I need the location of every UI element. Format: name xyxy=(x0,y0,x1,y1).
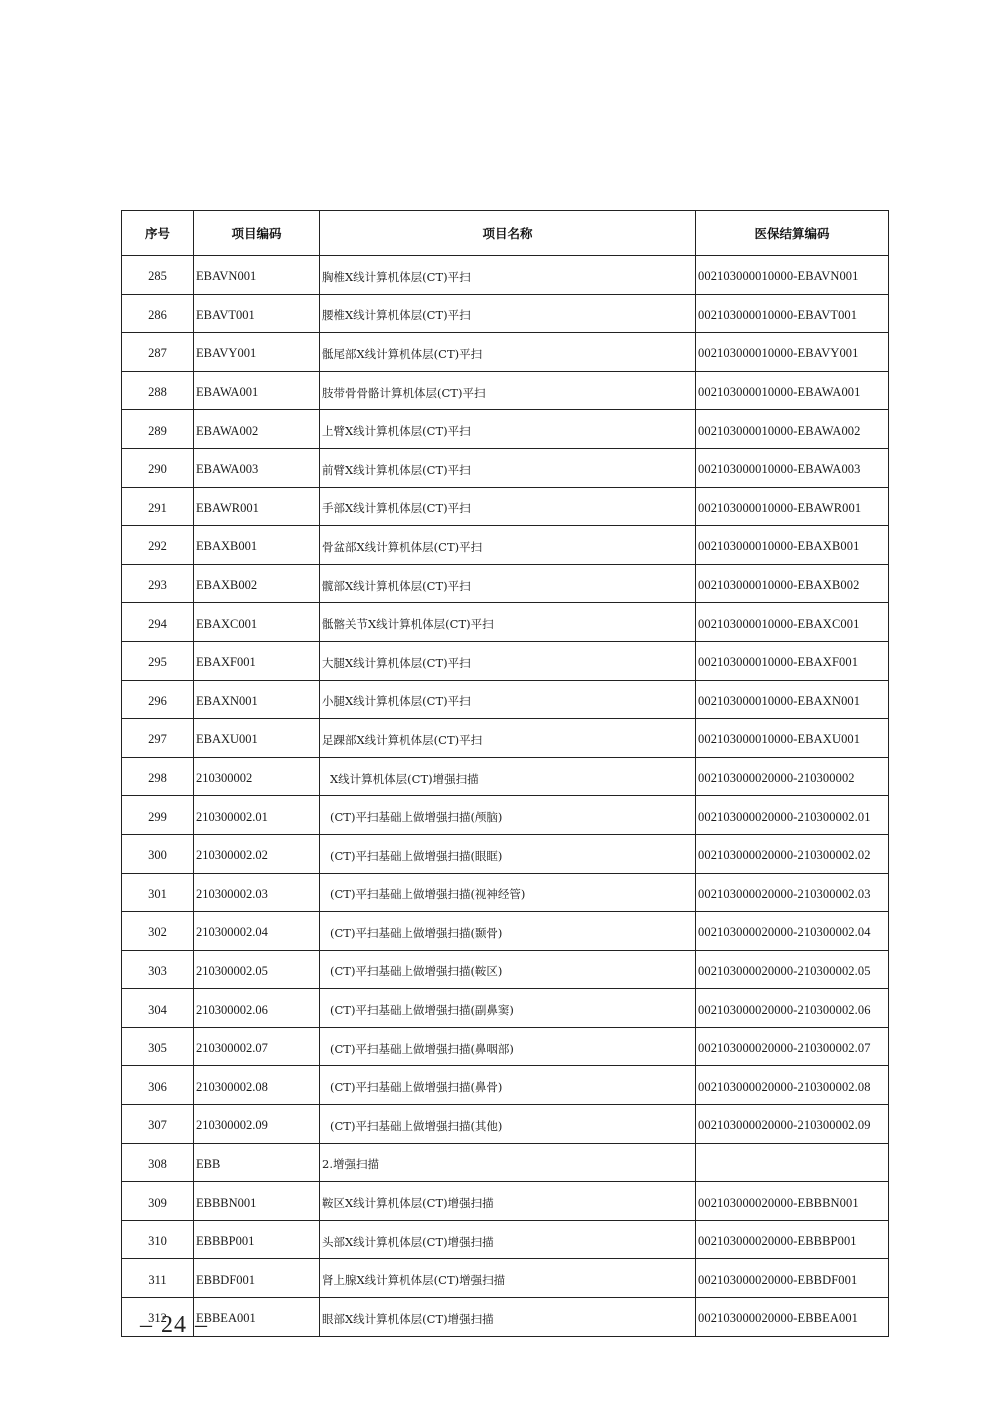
cell-item-code: EBAXN001 xyxy=(194,680,320,719)
table-row: 299210300002.01(CT)平扫基础上做增强扫描(颅脑)0021030… xyxy=(122,796,889,835)
cell-item-name: (CT)平扫基础上做增强扫描(鼻咽部) xyxy=(320,1027,696,1066)
cell-item-name: 骶尾部X线计算机体层(CT)平扫 xyxy=(320,333,696,372)
cell-settlement-code: 002103000020000-210300002.03 xyxy=(696,873,889,912)
table-body: 285EBAVN001胸椎X线计算机体层(CT)平扫00210300001000… xyxy=(122,256,889,1337)
table-row: 312EBBEA001眼部X线计算机体层(CT)增强扫描002103000020… xyxy=(122,1298,889,1337)
cell-settlement-code: 002103000010000-EBAVN001 xyxy=(696,256,889,295)
cell-settlement-code: 002103000010000-EBAXC001 xyxy=(696,603,889,642)
table-row: 303210300002.05(CT)平扫基础上做增强扫描(鞍区)0021030… xyxy=(122,950,889,989)
cell-item-code: EBAVT001 xyxy=(194,294,320,333)
cell-item-name: 肾上腺X线计算机体层(CT)增强扫描 xyxy=(320,1259,696,1298)
page-number: –24– xyxy=(132,1312,216,1339)
table-row: 290EBAWA003前臂X线计算机体层(CT)平扫00210300001000… xyxy=(122,448,889,487)
table-row: 297EBAXU001足踝部X线计算机体层(CT)平扫0021030000100… xyxy=(122,719,889,758)
cell-item-name: 手部X线计算机体层(CT)平扫 xyxy=(320,487,696,526)
cell-item-name: 骶髂关节X线计算机体层(CT)平扫 xyxy=(320,603,696,642)
cell-seq: 291 xyxy=(122,487,194,526)
page-number-dash-right: – xyxy=(195,1312,208,1338)
cell-item-name: 肢带骨骨骼计算机体层(CT)平扫 xyxy=(320,371,696,410)
cell-item-name: 2.增强扫描 xyxy=(320,1143,696,1182)
cell-item-name: 前臂X线计算机体层(CT)平扫 xyxy=(320,448,696,487)
cell-settlement-code: 002103000020000-210300002.02 xyxy=(696,834,889,873)
table-row: 286EBAVT001腰椎X线计算机体层(CT)平扫00210300001000… xyxy=(122,294,889,333)
header-seq: 序号 xyxy=(122,211,194,256)
cell-seq: 295 xyxy=(122,641,194,680)
cell-seq: 300 xyxy=(122,834,194,873)
table-row: 300210300002.02(CT)平扫基础上做增强扫描(眼眶)0021030… xyxy=(122,834,889,873)
cell-item-code: EBAVY001 xyxy=(194,333,320,372)
cell-item-name: 头部X线计算机体层(CT)增强扫描 xyxy=(320,1220,696,1259)
table-row: 291EBAWR001手部X线计算机体层(CT)平扫00210300001000… xyxy=(122,487,889,526)
cell-seq: 285 xyxy=(122,256,194,295)
cell-item-code: EBB xyxy=(194,1143,320,1182)
table-row: 293EBAXB002髋部X线计算机体层(CT)平扫00210300001000… xyxy=(122,564,889,603)
cell-seq: 301 xyxy=(122,873,194,912)
cell-item-code: 210300002.09 xyxy=(194,1105,320,1144)
cell-settlement-code: 002103000010000-EBAVT001 xyxy=(696,294,889,333)
cell-seq: 302 xyxy=(122,912,194,951)
cell-item-name: 小腿X线计算机体层(CT)平扫 xyxy=(320,680,696,719)
cell-item-name: 上臂X线计算机体层(CT)平扫 xyxy=(320,410,696,449)
cell-seq: 299 xyxy=(122,796,194,835)
cell-settlement-code: 002103000010000-EBAXB001 xyxy=(696,526,889,565)
cell-item-code: EBAWA002 xyxy=(194,410,320,449)
cell-item-code: 210300002.01 xyxy=(194,796,320,835)
cell-item-name: (CT)平扫基础上做增强扫描(其他) xyxy=(320,1105,696,1144)
cell-settlement-code: 002103000010000-EBAXN001 xyxy=(696,680,889,719)
cell-item-name: X线计算机体层(CT)增强扫描 xyxy=(320,757,696,796)
cell-settlement-code: 002103000020000-210300002.06 xyxy=(696,989,889,1028)
cell-item-name: 骨盆部X线计算机体层(CT)平扫 xyxy=(320,526,696,565)
cell-settlement-code: 002103000010000-EBAVY001 xyxy=(696,333,889,372)
cell-seq: 304 xyxy=(122,989,194,1028)
cell-settlement-code: 002103000020000-210300002.09 xyxy=(696,1105,889,1144)
cell-settlement-code: 002103000020000-EBBBN001 xyxy=(696,1182,889,1221)
cell-settlement-code: 002103000020000-210300002.04 xyxy=(696,912,889,951)
cell-settlement-code: 002103000010000-EBAWA002 xyxy=(696,410,889,449)
cell-settlement-code: 002103000020000-210300002.08 xyxy=(696,1066,889,1105)
cell-settlement-code xyxy=(696,1143,889,1182)
header-item-code: 项目编码 xyxy=(194,211,320,256)
cell-seq: 289 xyxy=(122,410,194,449)
cell-item-name: (CT)平扫基础上做增强扫描(颞骨) xyxy=(320,912,696,951)
cell-settlement-code: 002103000020000-210300002.05 xyxy=(696,950,889,989)
page-number-value: 24 xyxy=(161,1312,187,1338)
cell-settlement-code: 002103000020000-210300002 xyxy=(696,757,889,796)
cell-seq: 296 xyxy=(122,680,194,719)
cell-item-code: 210300002.02 xyxy=(194,834,320,873)
table-row: 305210300002.07(CT)平扫基础上做增强扫描(鼻咽部)002103… xyxy=(122,1027,889,1066)
table-row: 308EBB2.增强扫描 xyxy=(122,1143,889,1182)
table-row: 306210300002.08(CT)平扫基础上做增强扫描(鼻骨)0021030… xyxy=(122,1066,889,1105)
table-row: 292EBAXB001骨盆部X线计算机体层(CT)平扫0021030000100… xyxy=(122,526,889,565)
cell-seq: 310 xyxy=(122,1220,194,1259)
cell-item-code: EBAXB001 xyxy=(194,526,320,565)
cell-settlement-code: 002103000010000-EBAXB002 xyxy=(696,564,889,603)
cell-item-code: EBBBP001 xyxy=(194,1220,320,1259)
cell-item-code: 210300002.06 xyxy=(194,989,320,1028)
cell-item-name: 眼部X线计算机体层(CT)增强扫描 xyxy=(320,1298,696,1337)
table-row: 287EBAVY001骶尾部X线计算机体层(CT)平扫0021030000100… xyxy=(122,333,889,372)
cell-settlement-code: 002103000010000-EBAXF001 xyxy=(696,641,889,680)
cell-item-name: (CT)平扫基础上做增强扫描(眼眶) xyxy=(320,834,696,873)
cell-settlement-code: 002103000020000-210300002.07 xyxy=(696,1027,889,1066)
cell-settlement-code: 002103000020000-EBBBP001 xyxy=(696,1220,889,1259)
cell-item-code: 210300002.08 xyxy=(194,1066,320,1105)
cell-settlement-code: 002103000020000-210300002.01 xyxy=(696,796,889,835)
cell-item-code: EBAWA001 xyxy=(194,371,320,410)
table-row: 304210300002.06(CT)平扫基础上做增强扫描(副鼻窦)002103… xyxy=(122,989,889,1028)
cell-seq: 292 xyxy=(122,526,194,565)
header-item-name: 项目名称 xyxy=(320,211,696,256)
page-number-dash-left: – xyxy=(140,1312,153,1338)
cell-seq: 303 xyxy=(122,950,194,989)
table-row: 294EBAXC001骶髂关节X线计算机体层(CT)平扫002103000010… xyxy=(122,603,889,642)
cell-item-code: 210300002.05 xyxy=(194,950,320,989)
cell-item-name: 足踝部X线计算机体层(CT)平扫 xyxy=(320,719,696,758)
cell-item-name: 腰椎X线计算机体层(CT)平扫 xyxy=(320,294,696,333)
document-page: 序号 项目编码 项目名称 医保结算编码 285EBAVN001胸椎X线计算机体层… xyxy=(0,0,1000,1414)
cell-seq: 307 xyxy=(122,1105,194,1144)
cell-item-name: 髋部X线计算机体层(CT)平扫 xyxy=(320,564,696,603)
cell-seq: 297 xyxy=(122,719,194,758)
cell-seq: 290 xyxy=(122,448,194,487)
table-row: 289EBAWA002上臂X线计算机体层(CT)平扫00210300001000… xyxy=(122,410,889,449)
table-header-row: 序号 项目编码 项目名称 医保结算编码 xyxy=(122,211,889,256)
fee-code-table: 序号 项目编码 项目名称 医保结算编码 285EBAVN001胸椎X线计算机体层… xyxy=(121,210,889,1337)
cell-item-code: 210300002 xyxy=(194,757,320,796)
cell-item-code: EBBDF001 xyxy=(194,1259,320,1298)
cell-item-code: EBAXF001 xyxy=(194,641,320,680)
cell-seq: 311 xyxy=(122,1259,194,1298)
cell-item-name: 大腿X线计算机体层(CT)平扫 xyxy=(320,641,696,680)
cell-seq: 294 xyxy=(122,603,194,642)
table-row: 288EBAWA001肢带骨骨骼计算机体层(CT)平扫0021030000100… xyxy=(122,371,889,410)
cell-seq: 286 xyxy=(122,294,194,333)
cell-settlement-code: 002103000020000-EBBEA001 xyxy=(696,1298,889,1337)
cell-item-code: 210300002.07 xyxy=(194,1027,320,1066)
table-row: 311EBBDF001肾上腺X线计算机体层(CT)增强扫描00210300002… xyxy=(122,1259,889,1298)
cell-settlement-code: 002103000020000-EBBDF001 xyxy=(696,1259,889,1298)
cell-seq: 293 xyxy=(122,564,194,603)
table-row: 310EBBBP001头部X线计算机体层(CT)增强扫描002103000020… xyxy=(122,1220,889,1259)
cell-item-name: (CT)平扫基础上做增强扫描(鞍区) xyxy=(320,950,696,989)
table-row: 285EBAVN001胸椎X线计算机体层(CT)平扫00210300001000… xyxy=(122,256,889,295)
cell-seq: 288 xyxy=(122,371,194,410)
cell-settlement-code: 002103000010000-EBAWA001 xyxy=(696,371,889,410)
table-row: 309EBBBN001鞍区X线计算机体层(CT)增强扫描002103000020… xyxy=(122,1182,889,1221)
cell-seq: 309 xyxy=(122,1182,194,1221)
table-row: 298210300002X线计算机体层(CT)增强扫描0021030000200… xyxy=(122,757,889,796)
cell-item-code: EBAXB002 xyxy=(194,564,320,603)
header-settlement-code: 医保结算编码 xyxy=(696,211,889,256)
cell-item-code: EBAVN001 xyxy=(194,256,320,295)
cell-seq: 305 xyxy=(122,1027,194,1066)
cell-item-name: 鞍区X线计算机体层(CT)增强扫描 xyxy=(320,1182,696,1221)
cell-settlement-code: 002103000010000-EBAXU001 xyxy=(696,719,889,758)
cell-seq: 298 xyxy=(122,757,194,796)
table-row: 295EBAXF001大腿X线计算机体层(CT)平扫00210300001000… xyxy=(122,641,889,680)
table-row: 301210300002.03(CT)平扫基础上做增强扫描(视神经管)00210… xyxy=(122,873,889,912)
table-row: 296EBAXN001小腿X线计算机体层(CT)平扫00210300001000… xyxy=(122,680,889,719)
table-row: 307210300002.09(CT)平扫基础上做增强扫描(其他)0021030… xyxy=(122,1105,889,1144)
cell-item-name: (CT)平扫基础上做增强扫描(副鼻窦) xyxy=(320,989,696,1028)
cell-item-code: EBAWR001 xyxy=(194,487,320,526)
cell-seq: 287 xyxy=(122,333,194,372)
cell-seq: 308 xyxy=(122,1143,194,1182)
cell-settlement-code: 002103000010000-EBAWR001 xyxy=(696,487,889,526)
cell-item-name: 胸椎X线计算机体层(CT)平扫 xyxy=(320,256,696,295)
cell-item-name: (CT)平扫基础上做增强扫描(鼻骨) xyxy=(320,1066,696,1105)
table-row: 302210300002.04(CT)平扫基础上做增强扫描(颞骨)0021030… xyxy=(122,912,889,951)
cell-settlement-code: 002103000010000-EBAWA003 xyxy=(696,448,889,487)
cell-item-name: (CT)平扫基础上做增强扫描(颅脑) xyxy=(320,796,696,835)
cell-item-code: EBBBN001 xyxy=(194,1182,320,1221)
cell-item-name: (CT)平扫基础上做增强扫描(视神经管) xyxy=(320,873,696,912)
cell-item-code: EBAWA003 xyxy=(194,448,320,487)
cell-seq: 306 xyxy=(122,1066,194,1105)
cell-item-code: 210300002.04 xyxy=(194,912,320,951)
cell-item-code: EBAXU001 xyxy=(194,719,320,758)
cell-item-code: 210300002.03 xyxy=(194,873,320,912)
cell-item-code: EBAXC001 xyxy=(194,603,320,642)
